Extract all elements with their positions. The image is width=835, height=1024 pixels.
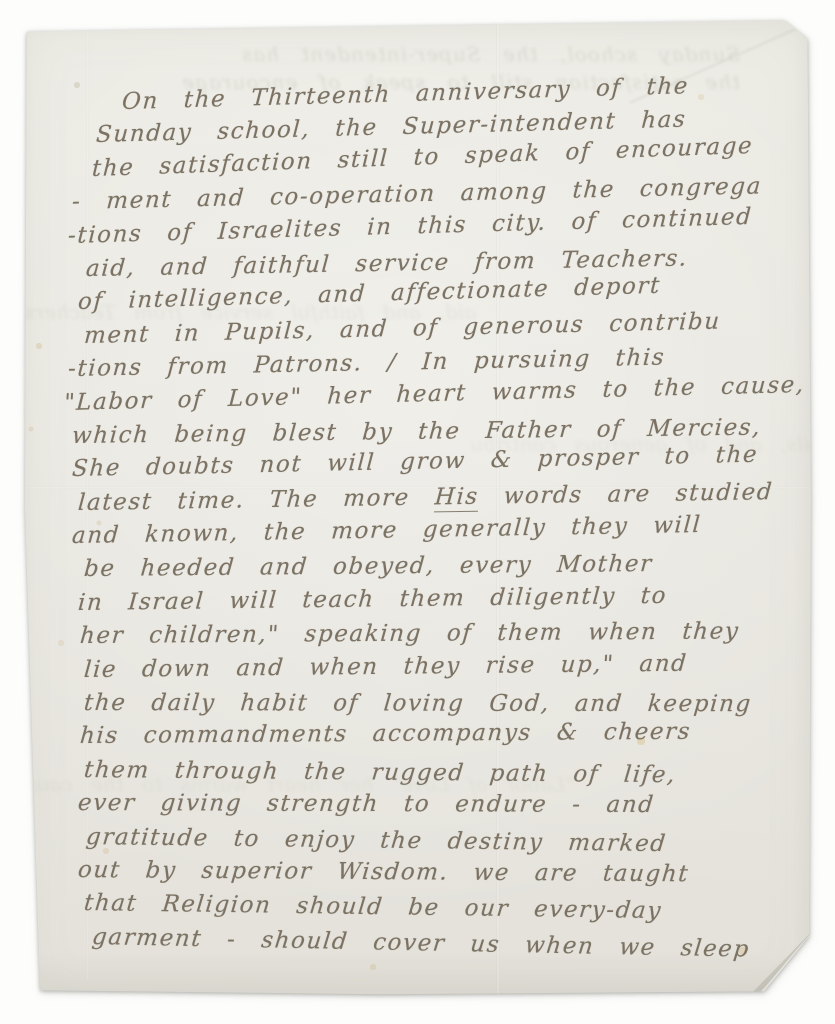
photograph-of-manuscript: Sunday school, the Super-intendent has t… xyxy=(0,0,835,1024)
manuscript-page: Sunday school, the Super-intendent has t… xyxy=(0,0,835,1024)
line-13-post: words are studied xyxy=(478,479,774,510)
handwritten-text-block: On the Thirteenth anniversary of the Sun… xyxy=(46,86,806,954)
handwriting-line-24: out by superior Wisdom. we are taught xyxy=(76,854,807,892)
paper-shadow-wrap: Sunday school, the Super-intendent has t… xyxy=(0,0,835,1024)
handwriting-line-20: his commandments accompanys & cheers xyxy=(79,715,808,753)
handwriting-line-18: lie down and when they rise up," and xyxy=(83,646,808,687)
line-13-pre: latest time. The more xyxy=(77,484,436,516)
handwriting-line-22: ever giving strength to endure - and xyxy=(76,787,807,823)
foxing-stains xyxy=(0,0,2,2)
line-13-underlined-word: His xyxy=(434,483,480,512)
